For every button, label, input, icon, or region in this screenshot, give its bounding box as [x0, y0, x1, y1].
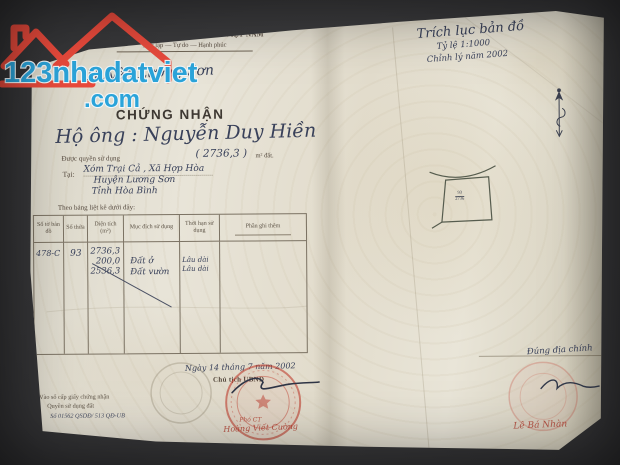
table-intro: Theo bảng liệt kê dưới đây:	[58, 203, 135, 212]
area-residential: 200,0	[90, 257, 120, 267]
col-header-map-sheet: Số tờ bản đồ	[34, 216, 64, 243]
red-note-title: Phó CT	[239, 416, 261, 423]
term-values: Lâu dài Lâu dài	[182, 256, 209, 274]
photo-of-land-certificate: CỘNG HÒA XÃ HỘI CHỦ NGHĨA VIỆT NAM Độc l…	[0, 0, 620, 465]
purpose-residential: Đất ở	[130, 256, 169, 267]
area-value-handwriting: ( 2736,3 )	[195, 147, 247, 159]
parcel-sketch-label: 93 2736	[455, 191, 464, 202]
red-note-name: Hoàng Viết Cường	[223, 422, 298, 434]
cell-purpose: Đất ở Đất vườn	[124, 242, 181, 353]
area-garden: 2536,3	[90, 267, 120, 277]
term-2: Lâu dài	[182, 265, 209, 274]
term-1: Lâu dài	[182, 256, 209, 265]
page-edge-shadow	[562, 8, 612, 454]
cell-map-sheet: 478-C	[34, 243, 65, 354]
registry-line-3: Số 01562 QSDĐ/ 513 QĐ-UB	[50, 411, 125, 421]
cell-parcel-no: 93	[64, 243, 89, 354]
col-header-parcel-no: Số thửa	[64, 216, 88, 243]
col-header-purpose: Mục đích sử dụng	[124, 215, 180, 242]
map-sheet-value: 478-C	[36, 249, 60, 258]
col-header-term: Thời hạn sử dụng	[180, 215, 220, 242]
col-header-area: Diện tích (m²)	[88, 215, 124, 242]
cell-notes	[220, 241, 307, 353]
at-label: Tại:	[63, 170, 75, 179]
center-fold	[311, 10, 348, 456]
chairman-title: Chủ tịch UBND	[213, 375, 264, 383]
registry-block: Vào sổ cấp giấy chứng nhận Quyền sử dụng…	[39, 392, 125, 420]
crease-line	[393, 27, 430, 455]
parcel-no-value: 93	[70, 249, 82, 259]
notes-underline	[235, 234, 290, 235]
cell-term: Lâu dài Lâu dài	[180, 242, 221, 353]
purpose-values: Đất ở Đất vườn	[130, 256, 169, 278]
issue-date-handwriting: Ngày 14 tháng 7 năm 2002	[185, 361, 296, 373]
watermark-suffix-text: .com	[84, 86, 140, 113]
registry-line-2: Quyền sử dụng đất	[47, 402, 125, 412]
verifier-name-red: Lê Bá Nhàn	[513, 419, 567, 431]
col-header-notes-label: Phần ghi thêm	[246, 224, 281, 232]
holder-name-handwriting: Hộ ông : Nguyễn Duy Hiền	[55, 120, 305, 148]
area-values: 2736,3 200,0 2536,3	[90, 246, 120, 277]
embossed-seal-inner	[160, 372, 202, 414]
address-line-3: Tỉnh Hòa Bình	[92, 186, 158, 196]
area-total: 2736,3	[90, 246, 120, 256]
parcel-sketch-area: 2736	[455, 196, 464, 202]
cell-area: 2736,3 200,0 2536,3	[88, 242, 125, 353]
grant-prefix: Được quyền sử dụng	[61, 154, 120, 162]
watermark-brand-text: 123nhadatviet	[4, 57, 198, 89]
area-unit: m² đất.	[255, 152, 273, 159]
site-watermark: 123nhadatviet .com	[0, 4, 215, 119]
land-parcel-table: Số tờ bản đồ Số thửa Diện tích (m²) Mục …	[33, 213, 308, 355]
col-header-notes: Phần ghi thêm	[220, 214, 306, 242]
purpose-garden: Đất vườn	[130, 267, 169, 278]
address-line-2: Huyện Lương Sơn	[94, 175, 176, 186]
